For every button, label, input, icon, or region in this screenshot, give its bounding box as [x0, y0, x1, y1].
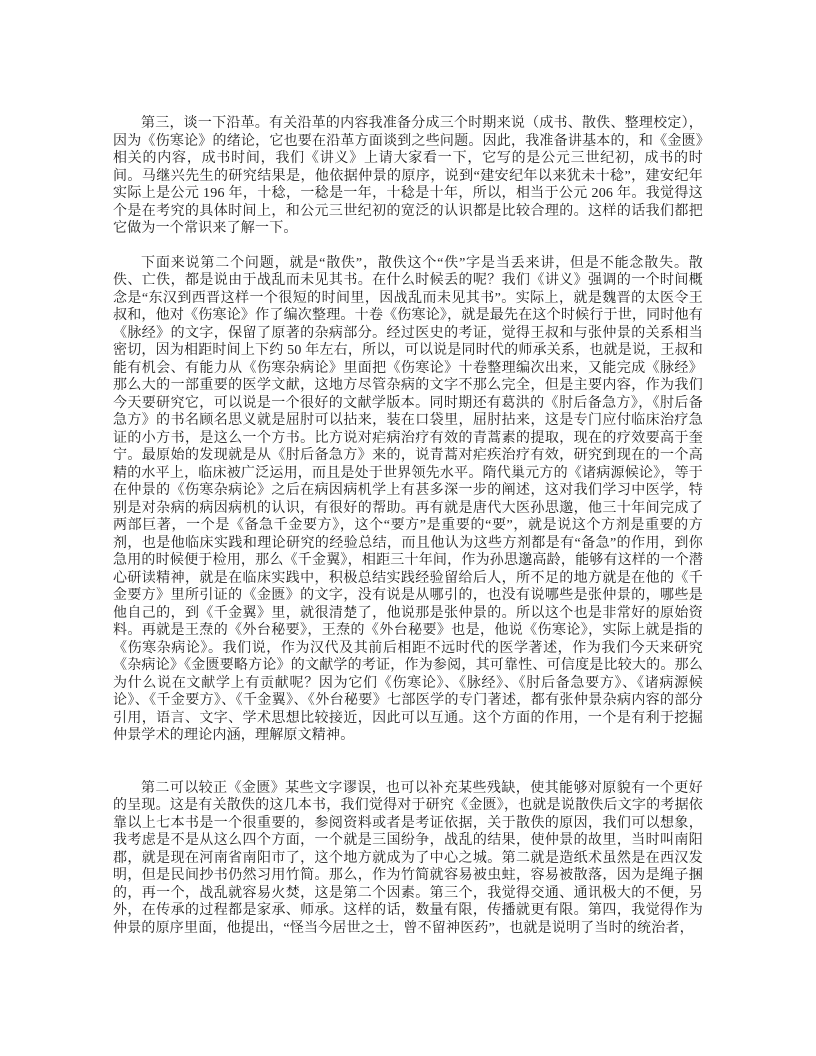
document-page: 第三，谈一下沿革。有关沿革的内容我准备分成三个时期来说（成书、散佚、整理校定），… — [0, 0, 816, 1056]
paragraph-sanyi-lost-texts: 下面来说第二个问题，就是“散佚”，散佚这个“佚”字是当丢来讲，但是不能念散失。散… — [113, 255, 703, 745]
paragraph-corrections-and-causes: 第二可以较正《金匮》某些文字谬误，也可以补充某些残缺，使其能够对原貌有一个更好的… — [113, 780, 703, 938]
paragraph-revision-history: 第三，谈一下沿革。有关沿革的内容我准备分成三个时期来说（成书、散佚、整理校定），… — [113, 115, 703, 238]
